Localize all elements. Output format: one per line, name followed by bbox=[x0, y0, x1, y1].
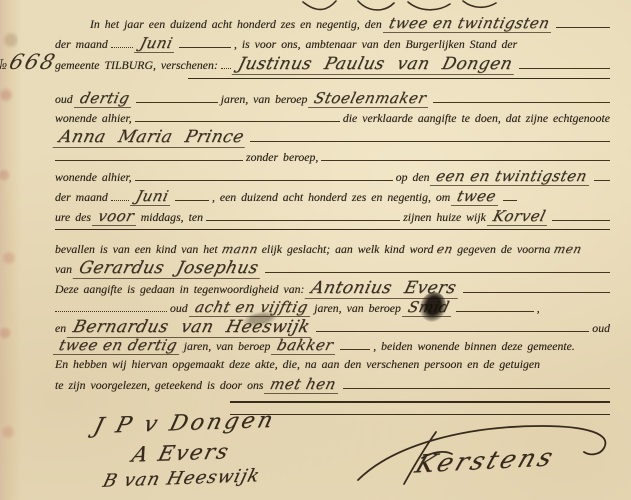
print-oud-w1: oud bbox=[170, 301, 188, 316]
blank-line bbox=[316, 321, 589, 332]
hw-witness-2-profession: bakker bbox=[271, 338, 339, 355]
hw-birth-month: Juni bbox=[130, 189, 174, 206]
hw-wijk-name: Korvel bbox=[487, 209, 551, 226]
print-tegenwoordigheid: Deze aangifte is gedaan in tegenwoordigh… bbox=[55, 282, 304, 297]
hw-month: Juni bbox=[134, 36, 178, 53]
line-witness-2-name: en Bernardus van Heeswijk oud bbox=[55, 319, 610, 335]
line-birth-time-place: ure des voor middags, ten zijnen huize w… bbox=[55, 209, 610, 225]
blank-line bbox=[556, 17, 610, 28]
print-zijnen-huize-wijk: zijnen huize wijk bbox=[403, 210, 486, 225]
line-child-gender: bevallen is van een kind van het mann el… bbox=[55, 242, 610, 258]
hw-day-of-month: twee en twintigsten bbox=[383, 16, 555, 33]
blank-line bbox=[321, 150, 610, 161]
hw-met-hen: met hen bbox=[264, 377, 342, 394]
blank-rule bbox=[188, 78, 610, 79]
hw-voor-middag: voor bbox=[92, 209, 140, 226]
blank-line bbox=[343, 378, 610, 389]
print-wonende-alhier-2: wonende alhier, bbox=[55, 170, 132, 185]
hw-worden-suffix: en bbox=[435, 243, 456, 255]
line-intro-3: gemeente TILBURG, verschenen: Justinus P… bbox=[55, 56, 610, 72]
blank-line bbox=[175, 190, 209, 201]
line-birth-date-1: wonende alhier, op den een en twintigste… bbox=[55, 169, 610, 185]
print-voorna-phrase: gegeven de voorna bbox=[457, 242, 550, 257]
print-oud: oud bbox=[55, 92, 73, 107]
signature-witness-2: B van Heeswijk bbox=[101, 465, 263, 491]
print-geslacht-phrase: elijk geslacht; aan welk kind word bbox=[262, 242, 434, 257]
hw-birth-hour: twee bbox=[451, 189, 502, 206]
blank-line bbox=[594, 170, 610, 181]
blank-line bbox=[135, 111, 340, 122]
blank-line bbox=[552, 210, 610, 221]
record-number: № 668 bbox=[0, 50, 56, 74]
line-intro-1: In het jaar een duizend acht honderd zes… bbox=[90, 16, 610, 32]
blank-line bbox=[136, 92, 218, 103]
print-voorgelezen-phrase: te zijn voorgelezen, geteekend is door o… bbox=[55, 378, 263, 393]
line-closing-1: En hebben wij hiervan opgemaakt deze akt… bbox=[55, 357, 610, 373]
record-number-value: 668 bbox=[7, 50, 60, 74]
blank-line bbox=[111, 37, 133, 48]
hw-witness-2-age: twee en dertig bbox=[53, 338, 183, 355]
line-witness-2-details: twee en dertig jaren, van beroep bakker … bbox=[55, 338, 610, 354]
hw-gender-prefix: mann bbox=[219, 243, 260, 255]
hw-declarant-age: dertig bbox=[74, 91, 135, 108]
line-witness-1-name: Deze aangifte is gedaan in tegenwoordigh… bbox=[55, 280, 610, 296]
print-bevallen-phrase: bevallen is van een kind van het bbox=[55, 242, 218, 257]
hw-spouse-name: Anna Maria Prince bbox=[53, 129, 250, 148]
line-child-names: van Gerardus Josephus bbox=[55, 260, 610, 276]
line-birth-date-2: der maand Juni , een duizend acht honder… bbox=[55, 189, 610, 205]
line-spouse-profession: zonder beroep, bbox=[55, 150, 610, 166]
line-declarant-age: oud dertig jaren, van beroep Stoelenmake… bbox=[55, 91, 610, 107]
print-op-den: op den bbox=[396, 170, 430, 185]
signature-rule bbox=[230, 401, 610, 403]
hw-voornamen-suffix: men bbox=[552, 243, 585, 255]
print-zonder-beroep: zonder beroep, bbox=[246, 150, 318, 165]
print-der-maand: der maand bbox=[55, 37, 108, 52]
blank-line bbox=[433, 92, 610, 103]
print-oud-w2: oud bbox=[592, 321, 610, 336]
blank-line bbox=[55, 150, 243, 161]
print-birth-year-phrase: , een duizend acht honderd zes en negent… bbox=[212, 190, 450, 205]
blank-line bbox=[221, 58, 231, 69]
line-declarant-residence: wonende alhier, die verklaarde aangifte … bbox=[55, 111, 610, 127]
print-jaren-beroep: jaren, van beroep bbox=[221, 92, 308, 107]
hw-declarant-profession: Stoelenmaker bbox=[308, 91, 432, 108]
blank-line bbox=[340, 339, 370, 350]
hw-declarant-name: Justinus Paulus van Dongen bbox=[232, 56, 519, 75]
print-ambtenaar-phrase: , is voor ons, ambtenaar van den Burgerl… bbox=[234, 37, 517, 52]
blank-line bbox=[250, 131, 610, 142]
blank-line bbox=[519, 58, 610, 69]
print-comma: , bbox=[537, 301, 540, 316]
blank-line bbox=[456, 301, 534, 312]
line-intro-2: der maand Juni , is voor ons, ambtenaar … bbox=[55, 36, 610, 52]
blank-line bbox=[463, 282, 610, 293]
print-jaren-beroep-w2: jaren, van beroep bbox=[184, 339, 271, 354]
blank-line bbox=[179, 37, 231, 48]
blank-line bbox=[503, 190, 517, 201]
print-der-maand-2: der maand bbox=[55, 190, 108, 205]
print-wonende-alhier: wonende alhier, bbox=[55, 111, 132, 126]
print-year-phrase: In het jaar een duizend acht honderd zes… bbox=[90, 17, 382, 32]
hw-child-names: Gerardus Josephus bbox=[73, 260, 265, 279]
print-beiden-wonende: , beiden wonende binnen deze gemeente. bbox=[373, 339, 575, 354]
blank-line bbox=[265, 262, 610, 273]
print-middags-ten: middags, ten bbox=[141, 210, 203, 225]
blank-line bbox=[111, 190, 129, 201]
signature-rule bbox=[230, 414, 610, 415]
print-verklaarde-phrase: die verklaarde aangifte te doen, dat zij… bbox=[343, 111, 610, 126]
print-jaren-beroep-w1: jaren, van beroep bbox=[314, 301, 401, 316]
section-rule bbox=[55, 229, 610, 230]
blank-line bbox=[206, 210, 400, 221]
line-witness-1-details: oud acht en vijftig jaren, van beroep Sm… bbox=[55, 300, 610, 316]
print-ure-des: ure des bbox=[55, 210, 91, 225]
print-opgemaakt-phrase: En hebben wij hiervan opgemaakt deze akt… bbox=[55, 357, 540, 372]
print-van: van bbox=[55, 262, 72, 277]
print-en: en bbox=[55, 321, 66, 336]
print-gemeente-tilburg: gemeente TILBURG, verschenen: bbox=[55, 58, 218, 73]
hw-birth-day: een en twintigsten bbox=[430, 169, 593, 186]
scan-edge-mottling bbox=[0, 0, 18, 500]
birth-certificate-scan: № 668 In het jaar een duizend acht honde… bbox=[0, 0, 631, 500]
line-closing-2: te zijn voorgelezen, geteekend is door o… bbox=[55, 377, 610, 393]
blank-line bbox=[55, 301, 167, 312]
line-spouse-name: Anna Maria Prince bbox=[55, 129, 610, 145]
signature-declarant: J P v Dongen bbox=[91, 408, 278, 439]
signature-witness-1: A Evers bbox=[130, 439, 233, 466]
blank-line bbox=[135, 170, 393, 181]
